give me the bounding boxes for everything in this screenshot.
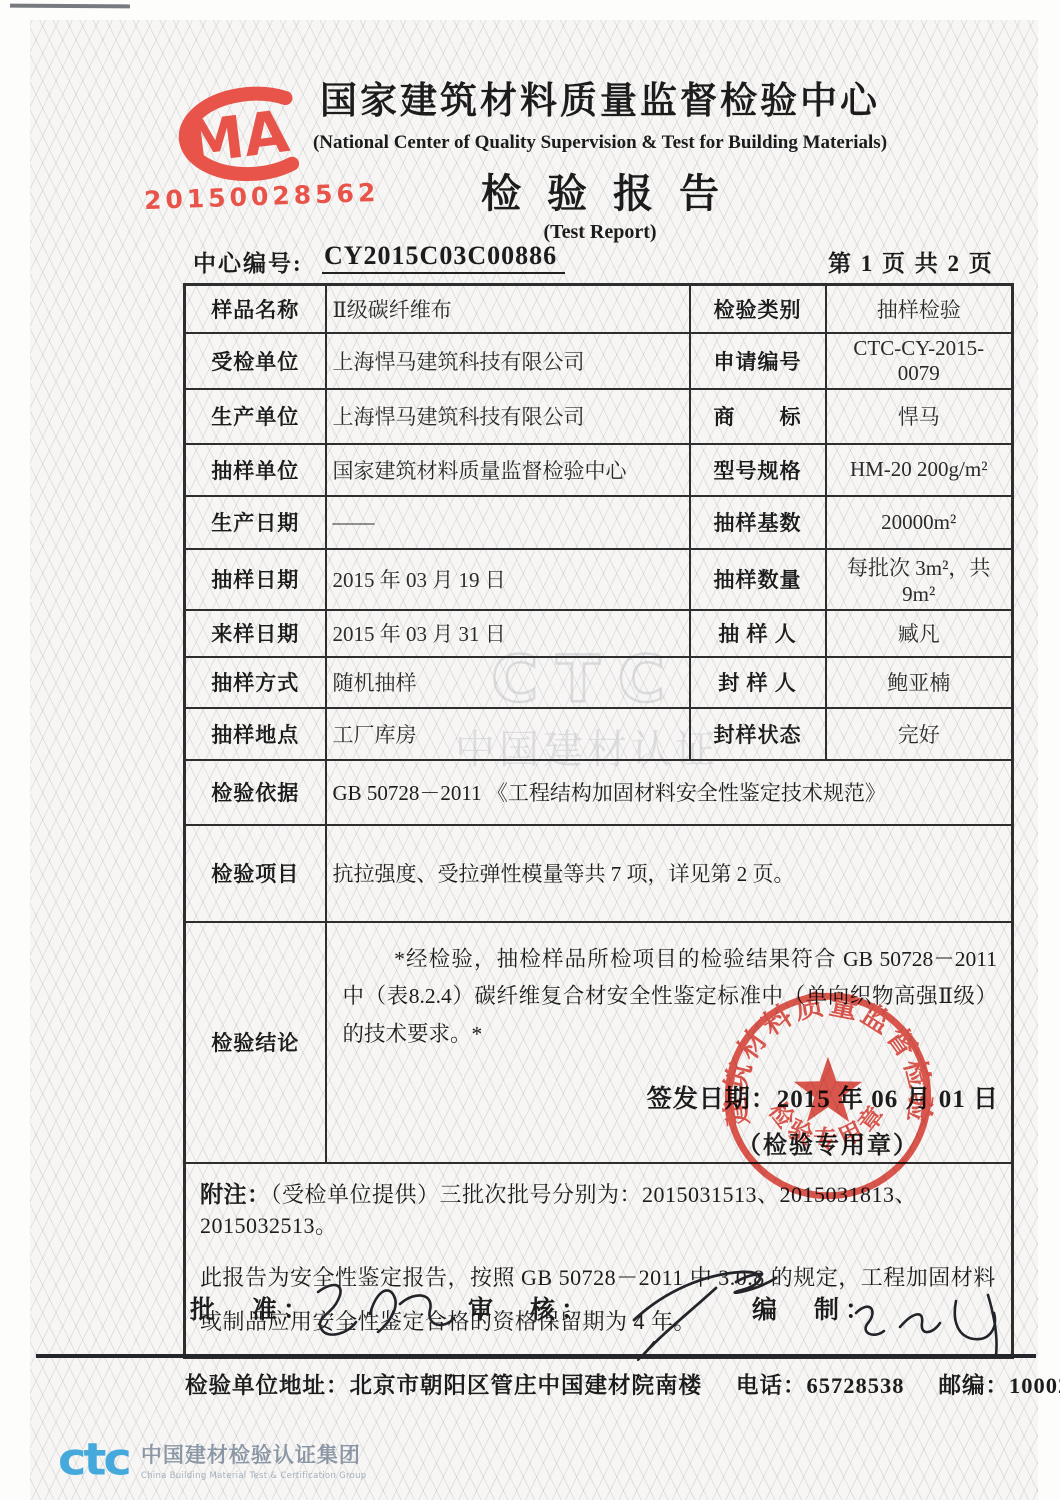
items-value: 抗拉强度、受拉弹性模量等共 7 项，详见第 2 页。 xyxy=(326,825,1013,922)
table-row: 抽样日期 2015 年 03 月 19 日 抽样数量 每批次 3m²，共 9m² xyxy=(185,549,1013,610)
row-value: 2015 年 03 月 31 日 xyxy=(326,610,690,657)
ctc-logo-icon: ctc xyxy=(58,1438,129,1482)
notes-label: 附注： xyxy=(200,1182,271,1207)
table-row: 生产单位 上海悍马建筑科技有限公司 商 标 悍马 xyxy=(185,389,1013,444)
ctc-logo: ctc 中国建材检验认证集团 China Building Material T… xyxy=(58,1436,366,1484)
center-no-label: 中心编号: xyxy=(193,245,303,278)
row-label: 抽样单位 xyxy=(185,444,326,496)
table-row: 抽样方式 随机抽样 封 样 人 鲍亚楠 xyxy=(185,657,1013,708)
row-label: 型号规格 xyxy=(690,444,826,496)
row-value: 鲍亚楠 xyxy=(826,657,1013,708)
org-title-cn: 国家建筑材料质量监督检验中心 xyxy=(180,70,1020,124)
scan-edge-left xyxy=(0,0,30,1500)
scan-edge-right xyxy=(1038,0,1060,1500)
row-label: 抽样数量 xyxy=(690,549,826,610)
table-row: 生产日期 —— 抽样基数 20000m² xyxy=(185,496,1013,549)
row-label: 抽样方式 xyxy=(185,657,326,708)
scan-edge-top xyxy=(0,0,1060,20)
row-value: 工厂库房 xyxy=(326,708,690,760)
row-value: 随机抽样 xyxy=(326,657,690,708)
row-value: 抽样检验 xyxy=(826,285,1013,333)
basis-row: 检验依据 GB 50728－2011 《工程结构加固材料安全性鉴定技术规范》 xyxy=(185,760,1013,825)
table-row: 抽样单位 国家建筑材料质量监督检验中心 型号规格 HM-20 200g/m² xyxy=(185,444,1013,496)
row-value: 完好 xyxy=(826,708,1013,760)
compiler-signature xyxy=(838,1285,1018,1365)
row-label: 受检单位 xyxy=(185,333,326,389)
row-label: 检验类别 xyxy=(690,285,826,333)
row-value: 上海悍马建筑科技有限公司 xyxy=(326,333,690,389)
row-value: —— xyxy=(326,496,690,549)
seal-star-icon xyxy=(794,1057,862,1122)
reviewer-signature xyxy=(596,1262,796,1362)
items-row: 检验项目 抗拉强度、受拉弹性模量等共 7 项，详见第 2 页。 xyxy=(185,825,1013,922)
row-value: CTC-CY-2015-0079 xyxy=(826,333,1013,389)
conclusion-label: 检验结论 xyxy=(185,922,326,1164)
row-label: 申请编号 xyxy=(690,333,826,389)
row-label: 抽 样 人 xyxy=(690,610,826,657)
table-row: 受检单位 上海悍马建筑科技有限公司 申请编号 CTC-CY-2015-0079 xyxy=(185,333,1013,389)
center-no-value: CY2015C03C00886 xyxy=(322,241,565,274)
title-block: 国家建筑材料质量监督检验中心 (National Center of Quali… xyxy=(180,70,1020,244)
row-label: 商 标 xyxy=(690,389,826,444)
lab-phone: 电话：65728538 xyxy=(736,1373,905,1398)
row-value: Ⅱ级碳纤维布 xyxy=(326,285,690,333)
row-value: 国家建筑材料质量监督检验中心 xyxy=(326,444,690,496)
table-row: 抽样地点 工厂库房 封样状态 完好 xyxy=(185,708,1013,760)
row-label: 封 样 人 xyxy=(690,657,826,708)
row-label: 生产日期 xyxy=(185,496,326,549)
row-label: 抽样地点 xyxy=(185,708,326,760)
table-row: 来样日期 2015 年 03 月 31 日 抽 样 人 臧凡 xyxy=(185,610,1013,657)
ctc-logo-cn: 中国建材检验认证集团 xyxy=(141,1439,367,1469)
row-value: 臧凡 xyxy=(826,610,1013,657)
page-info: 第 1 页 共 2 页 xyxy=(828,245,994,278)
row-value: 上海悍马建筑科技有限公司 xyxy=(326,389,690,444)
lab-address: 检验单位地址：北京市朝阳区管庄中国建材院南楼 xyxy=(185,1373,702,1398)
footer-contact-line: 检验单位地址：北京市朝阳区管庄中国建材院南楼电话：65728538邮编：1000… xyxy=(185,1368,1060,1400)
official-seal: 国家建筑材料质量监督检验中心 检验专用章 xyxy=(722,990,934,1202)
row-value: HM-20 200g/m² xyxy=(826,444,1013,496)
items-label: 检验项目 xyxy=(185,825,326,922)
row-label: 生产单位 xyxy=(185,389,326,444)
row-label: 抽样日期 xyxy=(185,549,326,610)
row-label: 抽样基数 xyxy=(690,496,826,549)
report-title-cn: 检验报告 xyxy=(180,162,1020,219)
review-label: 审 核： xyxy=(468,1290,592,1326)
row-value: 20000m² xyxy=(826,496,1013,549)
ctc-logo-en: China Building Material Test & Certifica… xyxy=(141,1471,367,1481)
basis-label: 检验依据 xyxy=(185,760,326,825)
row-label: 样品名称 xyxy=(185,285,326,333)
approver-signature xyxy=(288,1272,468,1352)
row-value: 悍马 xyxy=(826,389,1013,444)
row-label: 来样日期 xyxy=(185,610,326,657)
row-value: 2015 年 03 月 19 日 xyxy=(326,549,690,610)
row-value: 每批次 3m²，共 9m² xyxy=(826,549,1013,610)
basis-value: GB 50728－2011 《工程结构加固材料安全性鉴定技术规范》 xyxy=(326,760,1013,825)
report-page: CTC 中国建材认证 MA 20150028562 国家建筑材料质量监督检验中心… xyxy=(0,0,1060,1500)
org-title-en: (National Center of Quality Supervision … xyxy=(180,132,1020,154)
lab-zip: 邮编：100024 xyxy=(939,1373,1060,1398)
scan-artifact xyxy=(10,4,130,9)
table-row: 样品名称 Ⅱ级碳纤维布 检验类别 抽样检验 xyxy=(185,285,1013,333)
report-title-en: (Test Report) xyxy=(180,221,1020,244)
row-label: 封样状态 xyxy=(690,708,826,760)
